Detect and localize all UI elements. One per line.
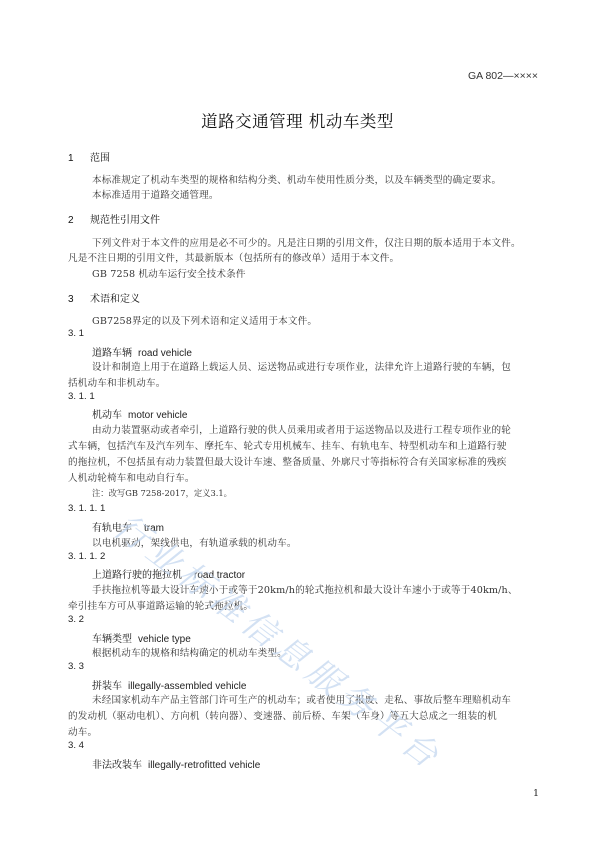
term-definition: 式车辆，包括汽车及汽车列车、摩托车、轮式专用机械车、挂车、有轨电车、特型机动车和…	[68, 438, 506, 452]
term-number: 3. 4	[68, 740, 84, 751]
term-number: 3. 1	[68, 328, 84, 339]
term-definition: 牵引挂车方可从事道路运输的轮式拖拉机。	[68, 598, 253, 612]
term-definition: 未经国家机动车产品主管部门许可生产的机动车；或者使用了报废、走私、事故后整车理赔…	[92, 692, 511, 706]
standard-code: GA 802—××××	[468, 70, 538, 82]
normative-reference: GB 7258 机动车运行安全技术条件	[92, 266, 246, 280]
term-definition: 以电机驱动，架线供电，有轨道承载的机动车。	[92, 535, 297, 549]
term-heading: 上道路行驶的拖拉机road tractor	[92, 566, 245, 581]
section-heading-3: 3术语和定义	[68, 290, 140, 305]
paragraph: 本标准规定了机动车类型的规格和结构分类、机动车使用性质分类，以及车辆类型的确定要…	[92, 172, 501, 186]
term-number: 3. 1. 1. 2	[68, 551, 105, 562]
term-heading: 道路车辆road vehicle	[92, 344, 192, 359]
term-definition: 的拖拉机，不包括虽有动力装置但最大设计车速、整备质量、外廓尺寸等指标符合有关国家…	[68, 454, 506, 468]
term-heading: 非法改装车illegally-retrofitted vehicle	[92, 756, 260, 771]
document-page: GA 802—×××× 道路交通管理 机动车类型 1范围 本标准规定了机动车类型…	[0, 0, 595, 841]
term-heading: 拼装车illegally-assembled vehicle	[92, 677, 246, 692]
section-heading-2: 2规范性引用文件	[68, 211, 160, 226]
section-heading-1: 1范围	[68, 149, 110, 164]
document-title: 道路交通管理 机动车类型	[0, 108, 595, 132]
term-heading: 车辆类型vehicle type	[92, 630, 191, 645]
term-number: 3. 1. 1	[68, 391, 95, 402]
term-definition: 根据机动车的规格和结构确定的机动车类型。	[92, 645, 287, 659]
paragraph: 本标准适用于道路交通管理。	[92, 187, 219, 201]
term-definition: 括机动车和非机动车。	[68, 375, 165, 389]
term-definition: 的发动机（驱动电机）、方向机（转向器）、变速器、前后桥、车架（车身）等五大总成之…	[68, 708, 497, 722]
term-number: 3. 3	[68, 661, 84, 672]
term-definition: 设计和制造上用于在道路上载运人员、运送物品或进行专项作业，法律允许上道路行驶的车…	[92, 359, 511, 373]
paragraph: 下列文件对于本文件的应用是必不可少的。凡是注日期的引用文件，仅注日期的版本适用于…	[92, 235, 521, 249]
term-number: 3. 1. 1. 1	[68, 503, 105, 514]
term-heading: 机动车motor vehicle	[92, 406, 187, 421]
page-number: 1	[533, 788, 539, 799]
term-number: 3. 2	[68, 614, 84, 625]
term-definition: 手扶拖拉机等最大设计车速小于或等于20km/h的轮式拖拉机和最大设计车速小于或等…	[92, 582, 518, 596]
paragraph: 凡是不注日期的引用文件，其最新版本（包括所有的修改单）适用于本文件。	[68, 250, 399, 264]
term-note: 注：改写GB 7258-2017，定义3.1。	[92, 487, 232, 499]
term-definition: 动车。	[68, 724, 97, 738]
term-definition: 人机动轮椅车和电动自行车。	[68, 470, 195, 484]
term-heading: 有轨电车tram	[92, 519, 164, 534]
paragraph: GB7258界定的以及下列术语和定义适用于本文件。	[92, 313, 317, 327]
term-definition: 由动力装置驱动或者牵引，上道路行驶的供人员乘用或者用于运送物品以及进行工程专项作…	[92, 422, 511, 436]
